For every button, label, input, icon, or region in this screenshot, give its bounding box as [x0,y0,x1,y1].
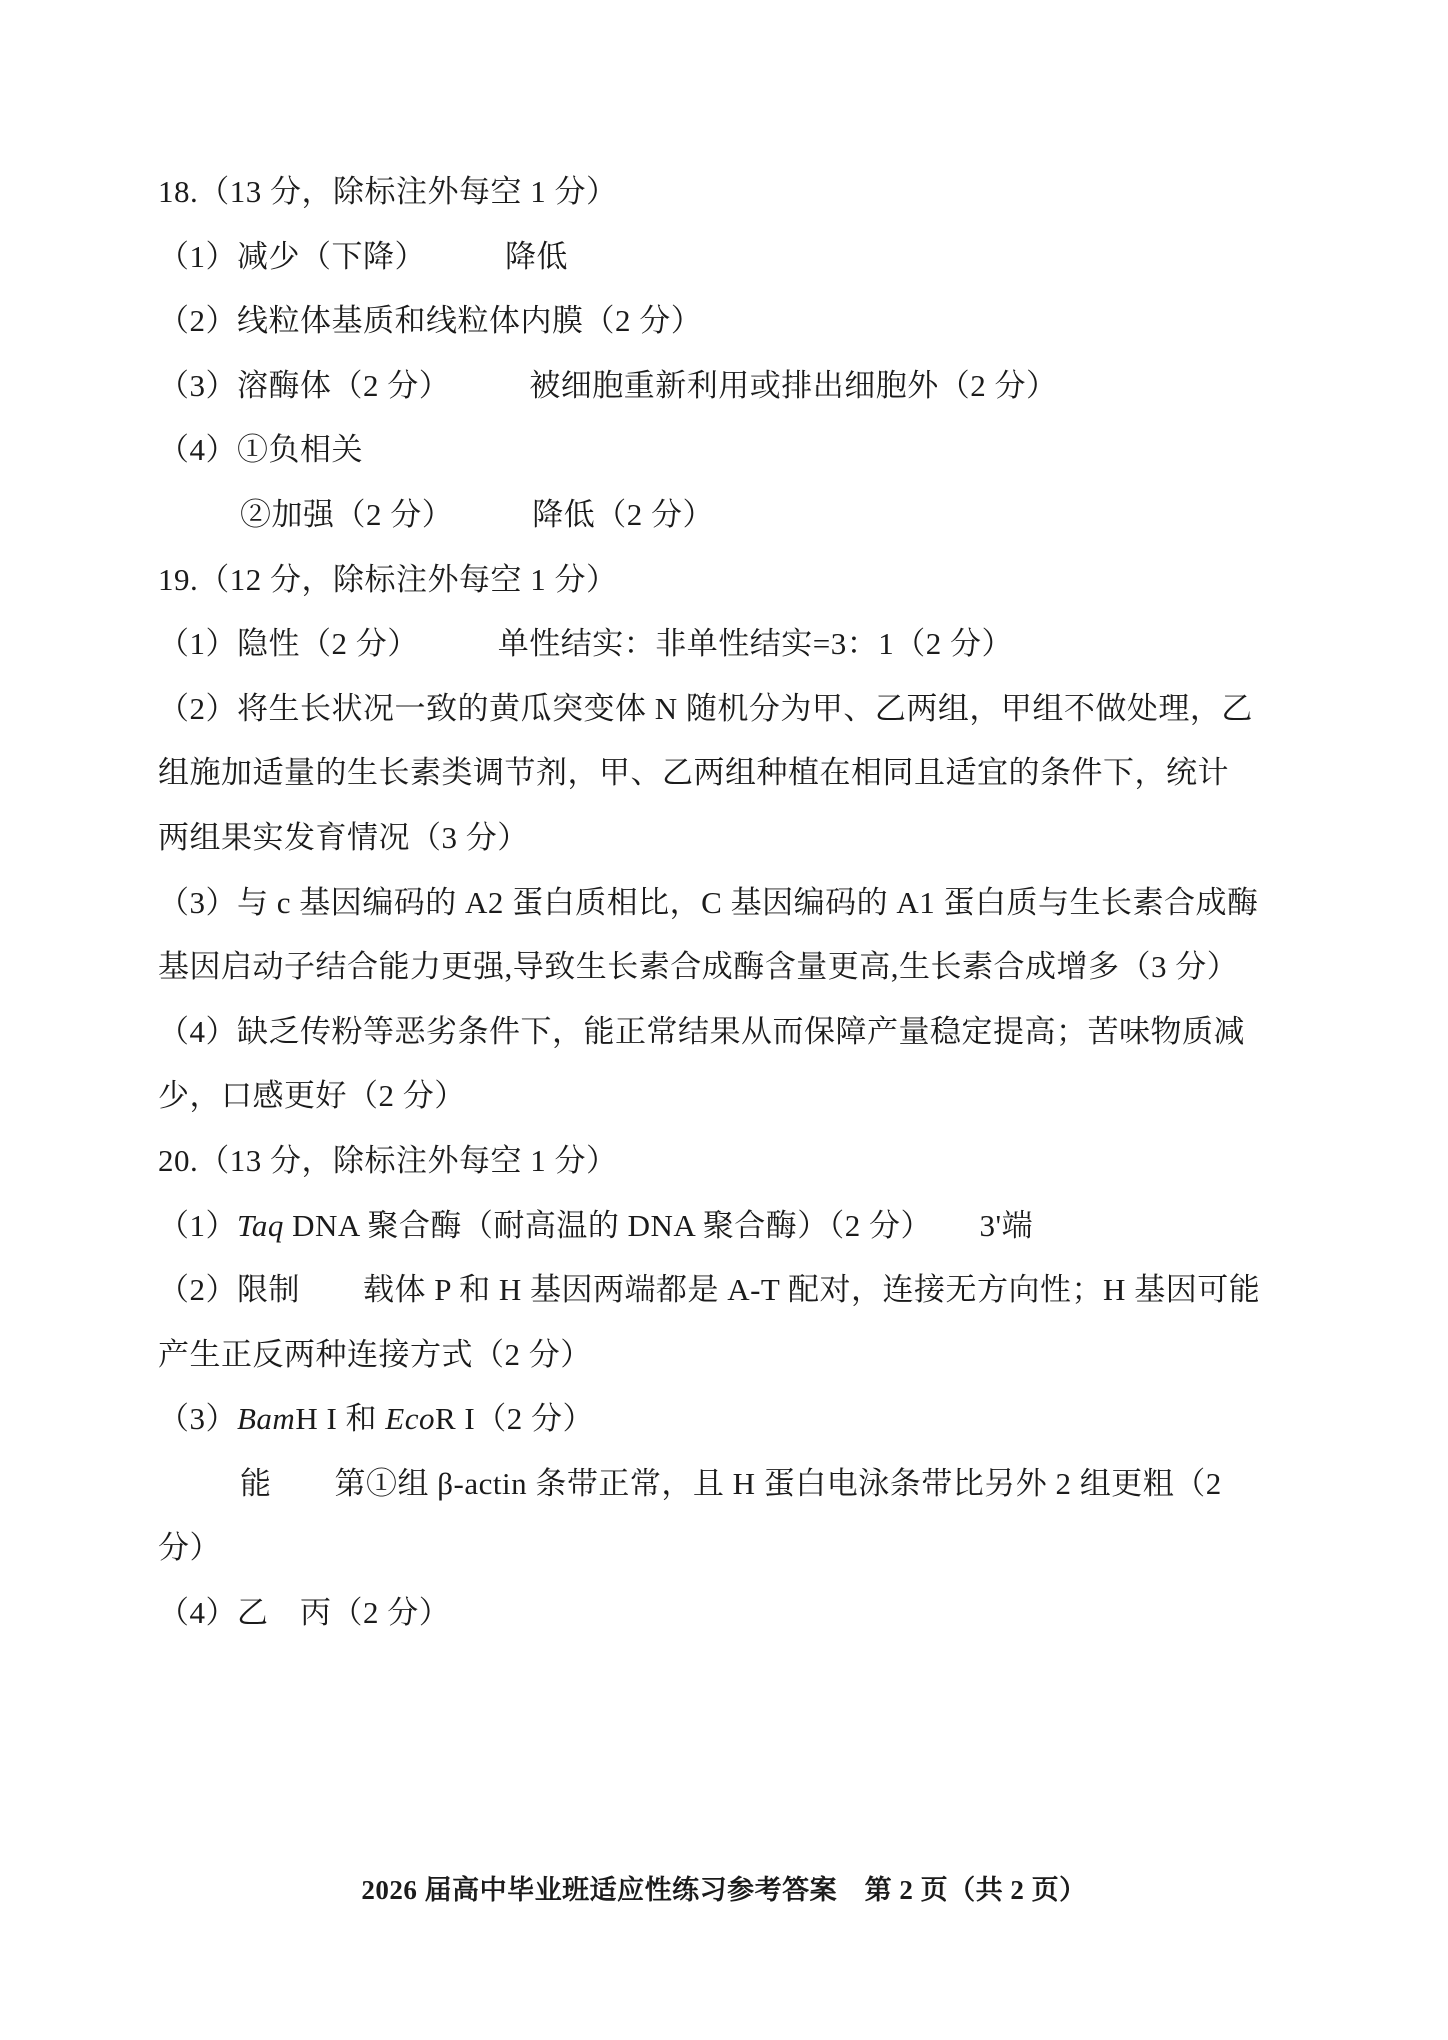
answer-text: H I 和 [295,1401,385,1436]
answer-text: （1）减少（下降） 降低 [158,239,568,274]
answer-text: 两组果实发育情况（3 分） [158,820,529,855]
answer-line: （3）溶酶体（2 分） 被细胞重新利用或排出细胞外（2 分） [158,354,1318,419]
answer-line: 两组果实发育情况（3 分） [158,806,1318,871]
answer-text: （3） [158,1401,237,1436]
answer-text: 少，口感更好（2 分） [158,1078,466,1113]
answer-line: 基因启动子结合能力更强,导致生长素合成酶含量更高,生长素合成增多（3 分） [158,935,1318,1000]
answer-line: （4）①负相关 [158,418,1318,483]
answer-text: 能 第①组 β-actin 条带正常，且 H 蛋白电泳条带比另外 2 组更粗（2 [240,1466,1222,1501]
answer-line: 19.（12 分，除标注外每空 1 分） [158,548,1318,613]
answer-text: 分） [158,1530,221,1565]
answer-text: （4）乙 丙（2 分） [158,1595,450,1630]
answer-text: （1） [158,1208,237,1243]
answer-text-italic: Taq [237,1208,284,1243]
answer-line: 20.（13 分，除标注外每空 1 分） [158,1129,1318,1194]
answer-line: （2）限制 载体 P 和 H 基因两端都是 A-T 配对，连接无方向性；H 基因… [158,1258,1318,1323]
answer-line: 18.（13 分，除标注外每空 1 分） [158,160,1318,225]
answer-text: 19.（12 分，除标注外每空 1 分） [158,562,618,597]
answer-text: （4）①负相关 [158,432,363,467]
answer-line: （4）缺乏传粉等恶劣条件下，能正常结果从而保障产量稳定提高；苦味物质减 [158,1000,1318,1065]
answer-text: （2）限制 载体 P 和 H 基因两端都是 A-T 配对，连接无方向性；H 基因… [158,1272,1260,1307]
answer-line: 分） [158,1516,1318,1581]
answer-text: DNA 聚合酶（耐高温的 DNA 聚合酶）（2 分） 3'端 [284,1208,1033,1243]
answer-line: （1）隐性（2 分） 单性结实：非单性结实=3：1（2 分） [158,612,1318,677]
answer-text: （2）将生长状况一致的黄瓜突变体 N 随机分为甲、乙两组，甲组不做处理，乙 [158,691,1253,726]
answer-text: （4）缺乏传粉等恶劣条件下，能正常结果从而保障产量稳定提高；苦味物质减 [158,1014,1245,1049]
answer-text: （1）隐性（2 分） 单性结实：非单性结实=3：1（2 分） [158,626,1013,661]
answer-line: 少，口感更好（2 分） [158,1064,1318,1129]
answer-text: 18.（13 分，除标注外每空 1 分） [158,174,618,209]
answer-line: （1）减少（下降） 降低 [158,225,1318,290]
answer-sheet-page: 18.（13 分，除标注外每空 1 分）（1）减少（下降） 降低（2）线粒体基质… [0,0,1448,2040]
answer-text: 20.（13 分，除标注外每空 1 分） [158,1143,618,1178]
answer-line: （3）与 c 基因编码的 A2 蛋白质相比，C 基因编码的 A1 蛋白质与生长素… [158,871,1318,936]
answer-content: 18.（13 分，除标注外每空 1 分）（1）减少（下降） 降低（2）线粒体基质… [158,160,1318,1646]
answer-text-italic: Eco [385,1401,435,1436]
answer-line: （3）BamH I 和 EcoR I（2 分） [158,1387,1318,1452]
answer-line: 组施加适量的生长素类调节剂，甲、乙两组种植在相同且适宜的条件下，统计 [158,741,1318,806]
answer-line: 能 第①组 β-actin 条带正常，且 H 蛋白电泳条带比另外 2 组更粗（2 [158,1452,1318,1517]
page-footer: 2026 届高中毕业班适应性练习参考答案 第 2 页（共 2 页） [0,1872,1448,1908]
answer-text: 产生正反两种连接方式（2 分） [158,1337,592,1372]
answer-line: ②加强（2 分） 降低（2 分） [158,483,1318,548]
answer-text: 组施加适量的生长素类调节剂，甲、乙两组种植在相同且适宜的条件下，统计 [158,755,1229,790]
answer-line: （1）Taq DNA 聚合酶（耐高温的 DNA 聚合酶）（2 分） 3'端 [158,1194,1318,1259]
footer-text: 2026 届高中毕业班适应性练习参考答案 第 2 页（共 2 页） [361,1875,1086,1905]
answer-text: R I（2 分） [435,1401,594,1436]
answer-line: 产生正反两种连接方式（2 分） [158,1323,1318,1388]
answer-line: （4）乙 丙（2 分） [158,1581,1318,1646]
answer-text: （2）线粒体基质和线粒体内膜（2 分） [158,303,702,338]
answer-line: （2）线粒体基质和线粒体内膜（2 分） [158,289,1318,354]
answer-text: 基因启动子结合能力更强,导致生长素合成酶含量更高,生长素合成增多（3 分） [158,949,1238,984]
answer-text: ②加强（2 分） 降低（2 分） [240,497,714,532]
answer-line: （2）将生长状况一致的黄瓜突变体 N 随机分为甲、乙两组，甲组不做处理，乙 [158,677,1318,742]
answer-text-italic: Bam [237,1401,295,1436]
answer-text: （3）与 c 基因编码的 A2 蛋白质相比，C 基因编码的 A1 蛋白质与生长素… [158,885,1258,920]
answer-text: （3）溶酶体（2 分） 被细胞重新利用或排出细胞外（2 分） [158,368,1058,403]
